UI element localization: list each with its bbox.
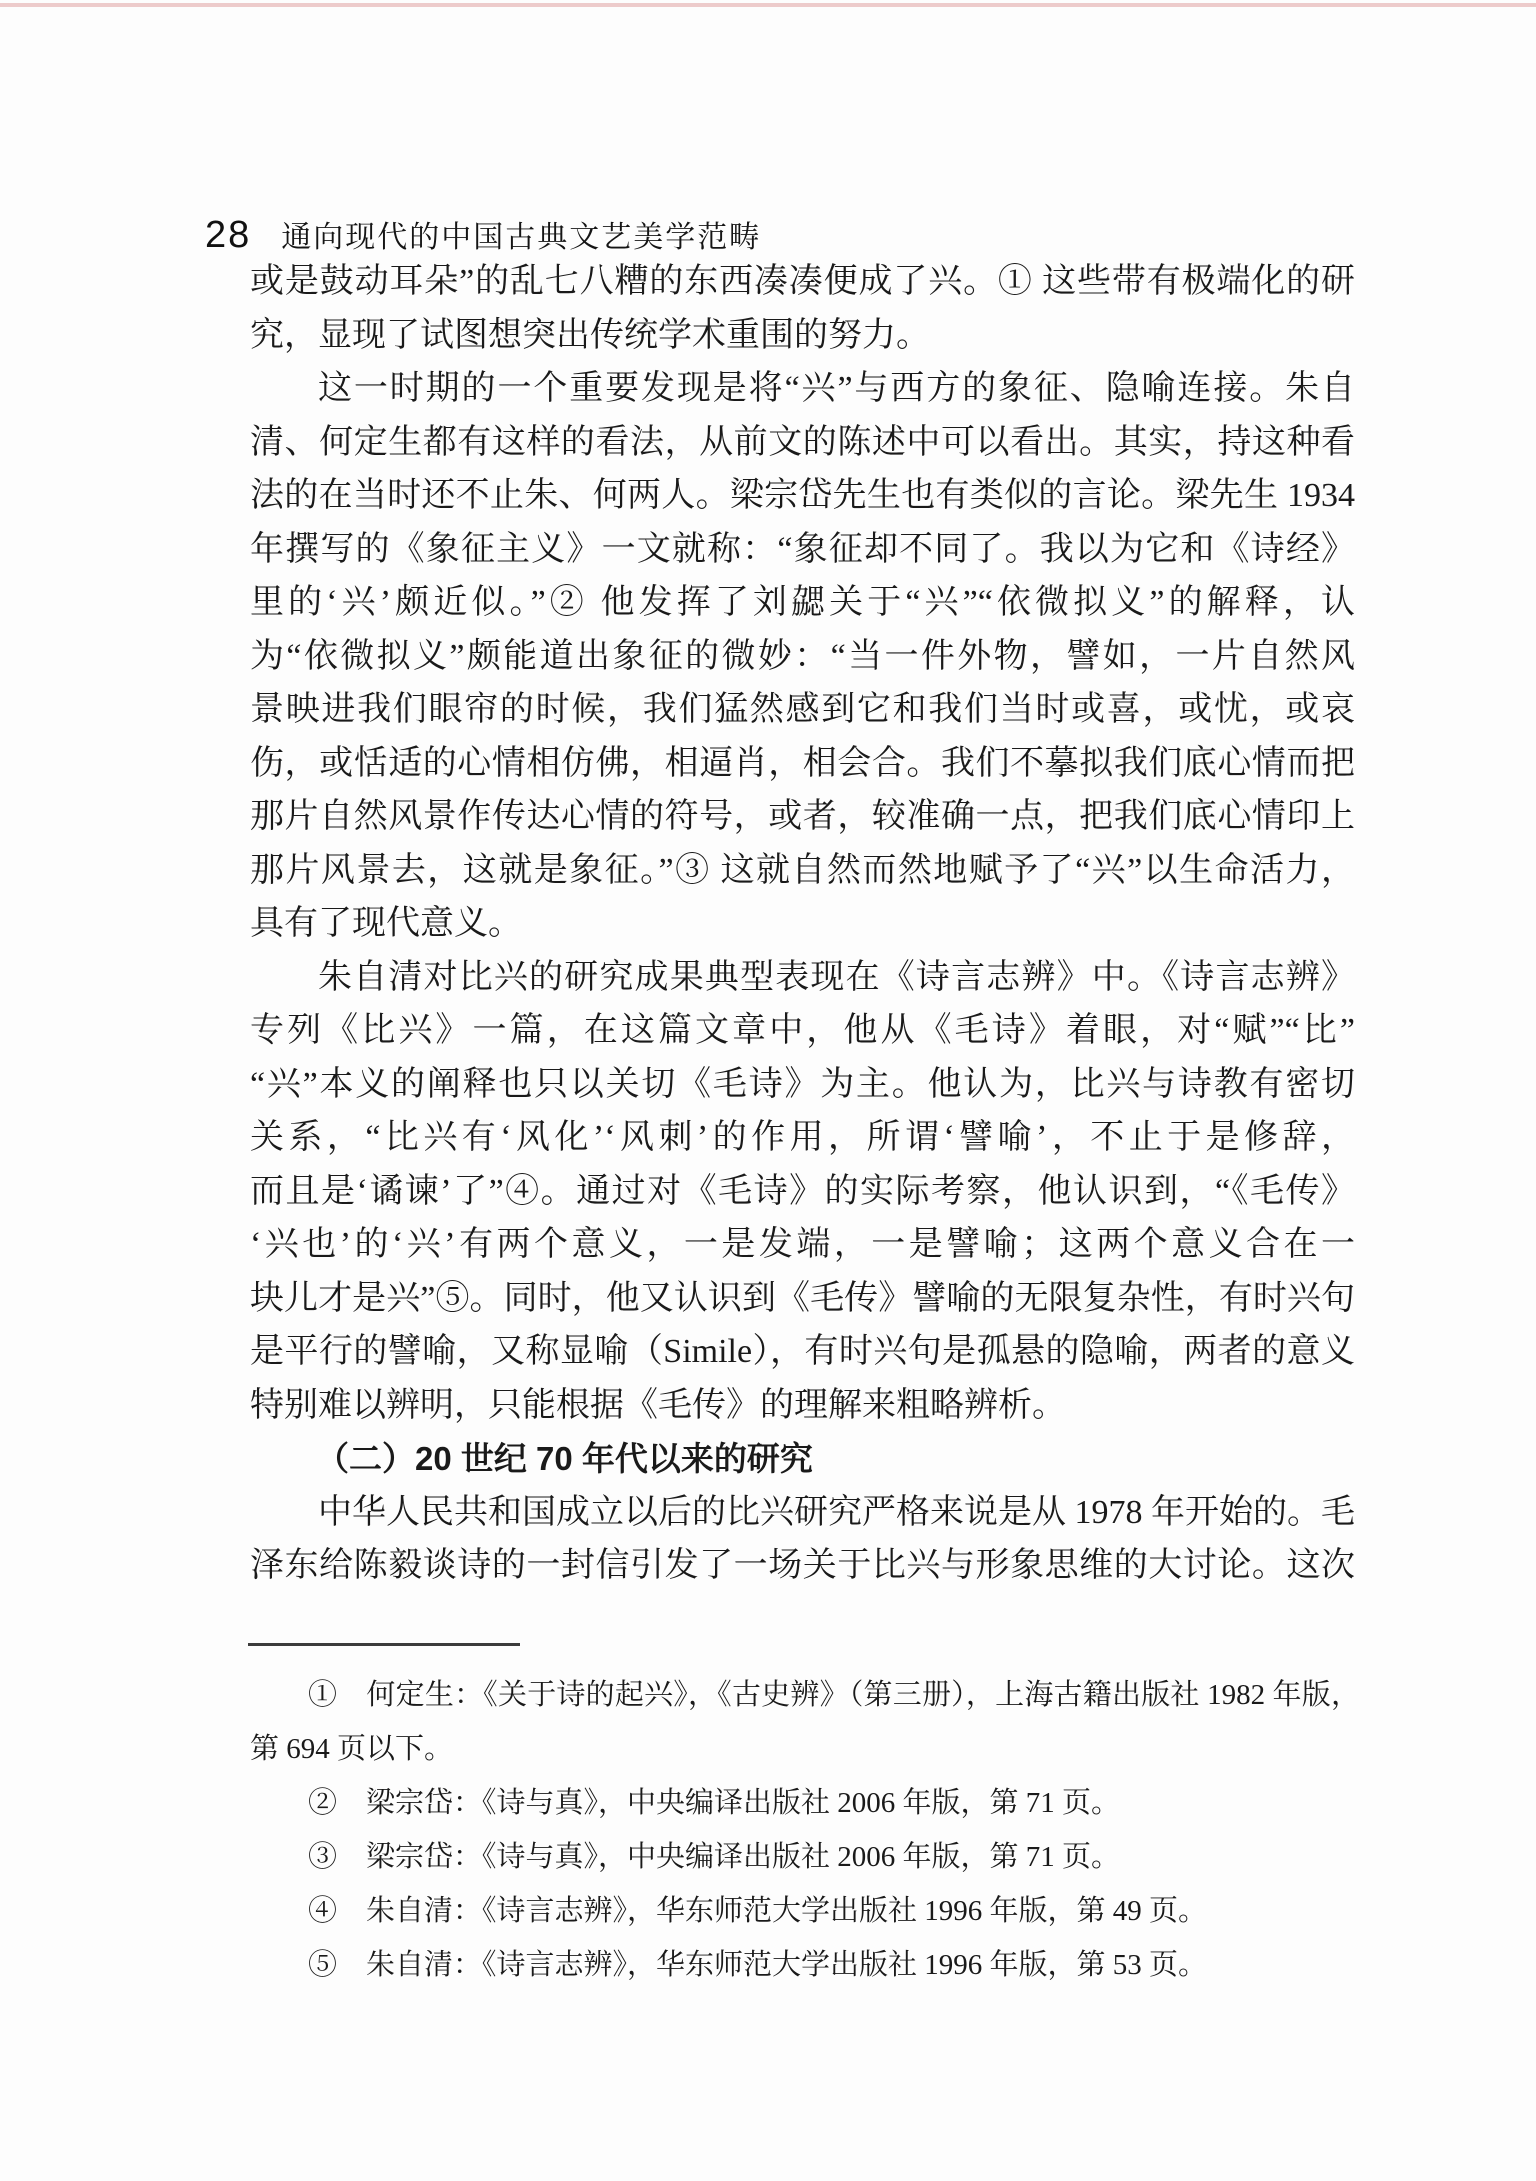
body-text-line: 专列《比兴》一篇，在这篇文章中，他从《毛诗》着眼，对“赋”“比” bbox=[250, 1004, 1355, 1058]
body-text-line: 伤，或恬适的心情相仿佛，相逼肖，相会合。我们不摹拟我们底心情而把 bbox=[250, 737, 1355, 791]
footnote-line: ④ 朱自清：《诗言志辨》，华东师范大学出版社 1996 年版，第 49 页。 bbox=[250, 1884, 1360, 1938]
footnote-line: ② 梁宗岱：《诗与真》，中央编译出版社 2006 年版，第 71 页。 bbox=[250, 1776, 1360, 1830]
body-text-line: 朱自清对比兴的研究成果典型表现在《诗言志辨》中。《诗言志辨》 bbox=[250, 951, 1355, 1005]
body-text: 或是鼓动耳朵”的乱七八糟的东西凑凑便成了兴。① 这些带有极端化的研 究，显现了试… bbox=[250, 255, 1355, 1593]
book-page: 28 通向现代的中国古典文艺美学范畴 或是鼓动耳朵”的乱七八糟的东西凑凑便成了兴… bbox=[0, 0, 1536, 2181]
body-text-line: 或是鼓动耳朵”的乱七八糟的东西凑凑便成了兴。① 这些带有极端化的研 bbox=[250, 255, 1355, 309]
body-text-line: 那片风景去，这就是象征。”③ 这就自然而然地赋予了“兴”以生命活力， bbox=[250, 844, 1355, 898]
body-text-line: 这一时期的一个重要发现是将“兴”与西方的象征、隐喻连接。朱自 bbox=[250, 362, 1355, 416]
body-text-line: （二）20 世纪 70 年代以来的研究 bbox=[250, 1432, 1355, 1486]
body-text-line: 清、何定生都有这样的看法，从前文的陈述中可以看出。其实，持这种看 bbox=[250, 416, 1355, 470]
body-text-line: “兴”本义的阐释也只以关切《毛诗》为主。他认为，比兴与诗教有密切 bbox=[250, 1058, 1355, 1112]
body-text-line: 关系，“比兴有‘风化’‘风刺’的作用，所谓‘譬喻’，不止于是修辞， bbox=[250, 1111, 1355, 1165]
body-text-line: ‘兴也’的‘兴’有两个意义，一是发端，一是譬喻；这两个意义合在一 bbox=[250, 1218, 1355, 1272]
body-text-line: 里的‘兴’颇近似。”② 他发挥了刘勰关于“兴”“依微拟义”的解释，认 bbox=[250, 576, 1355, 630]
body-text-line: 景映进我们眼帘的时候，我们猛然感到它和我们当时或喜，或忧，或哀 bbox=[250, 683, 1355, 737]
body-text-line: 中华人民共和国成立以后的比兴研究严格来说是从 1978 年开始的。毛 bbox=[250, 1486, 1355, 1540]
scan-artifact-line bbox=[0, 3, 1536, 7]
body-text-line: 为“依微拟义”颇能道出象征的微妙：“当一件外物，譬如，一片自然风 bbox=[250, 630, 1355, 684]
footnote-divider bbox=[248, 1643, 520, 1646]
body-text-line: 特别难以辨明，只能根据《毛传》的理解来粗略辨析。 bbox=[250, 1379, 1355, 1433]
body-text-line: 究，显现了试图想突出传统学术重围的努力。 bbox=[250, 309, 1355, 363]
body-text-line: 而且是‘谲谏’了”④。通过对《毛诗》的实际考察，他认识到，“《毛传》 bbox=[250, 1165, 1355, 1219]
body-text-line: 泽东给陈毅谈诗的一封信引发了一场关于比兴与形象思维的大讨论。这次 bbox=[250, 1539, 1355, 1593]
body-text-line: 法的在当时还不止朱、何两人。梁宗岱先生也有类似的言论。梁先生 1934 bbox=[250, 469, 1355, 523]
footnotes: ① 何定生：《关于诗的起兴》，《古史辨》（第三册），上海古籍出版社 1982 年… bbox=[250, 1668, 1360, 1992]
page-header: 28 通向现代的中国古典文艺美学范畴 bbox=[205, 212, 761, 257]
running-title: 通向现代的中国古典文艺美学范畴 bbox=[281, 212, 761, 256]
body-text-line: 年撰写的《象征主义》一文就称：“象征却不同了。我以为它和《诗经》 bbox=[250, 523, 1355, 577]
footnote-line: ③ 梁宗岱：《诗与真》，中央编译出版社 2006 年版，第 71 页。 bbox=[250, 1830, 1360, 1884]
body-text-line: 块儿才是兴”⑤。同时，他又认识到《毛传》譬喻的无限复杂性，有时兴句 bbox=[250, 1272, 1355, 1326]
footnote-line: 第 694 页以下。 bbox=[250, 1722, 1360, 1776]
footnote-line: ① 何定生：《关于诗的起兴》，《古史辨》（第三册），上海古籍出版社 1982 年… bbox=[250, 1668, 1360, 1722]
body-text-line: 具有了现代意义。 bbox=[250, 897, 1355, 951]
footnote-line: ⑤ 朱自清：《诗言志辨》，华东师范大学出版社 1996 年版，第 53 页。 bbox=[250, 1938, 1360, 1992]
body-text-line: 是平行的譬喻，又称显喻（Simile），有时兴句是孤悬的隐喻，两者的意义 bbox=[250, 1325, 1355, 1379]
body-text-line: 那片自然风景作传达心情的符号，或者，较准确一点，把我们底心情印上 bbox=[250, 790, 1355, 844]
page-number: 28 bbox=[205, 214, 251, 257]
